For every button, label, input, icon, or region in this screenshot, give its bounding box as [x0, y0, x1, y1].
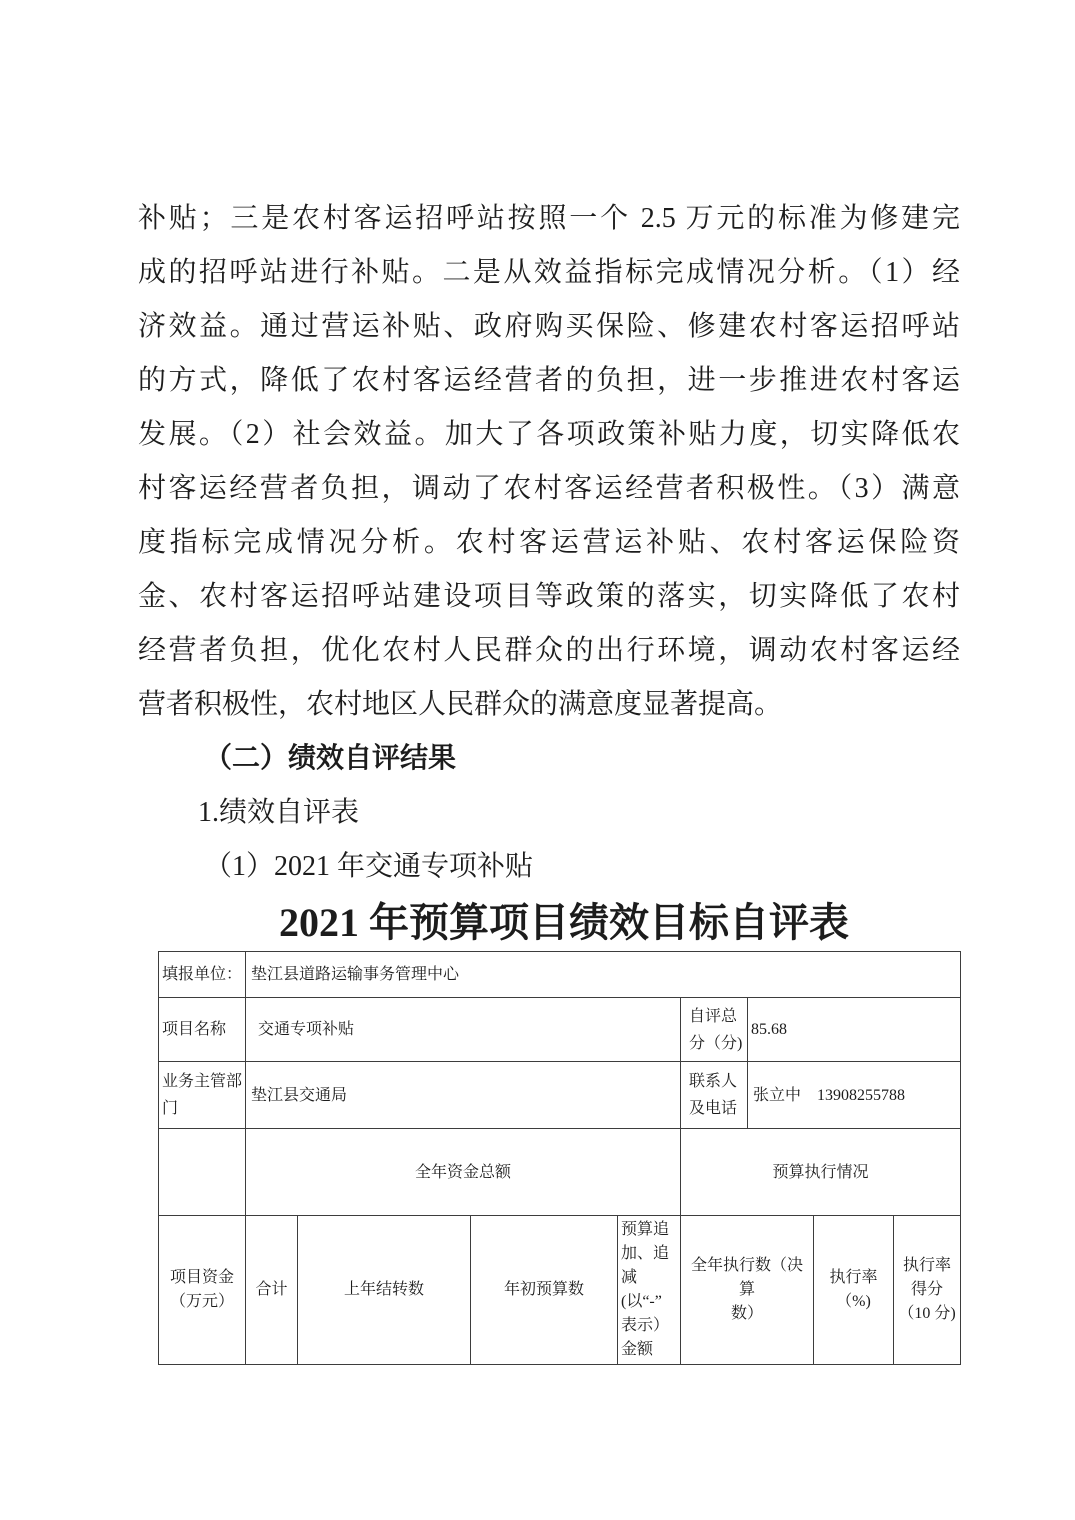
table-header-row: 项目资金 （万元） 合计 上年结转数 年初预算数 预算追 加、追 减(以“-” … [159, 1216, 961, 1365]
project-name-value: 交通专项补贴 [246, 998, 681, 1062]
contact-value: 张立中 13908255788 [748, 1062, 961, 1129]
paragraph-line: 经营者负担，优化农村人民群众的出行环境，调动农村客运经 [138, 624, 960, 678]
col-carryover: 上年结转数 [298, 1216, 471, 1365]
table-title: 2021 年预算项目绩效目标自评表 [138, 894, 960, 952]
dept-value: 垫江县交通局 [246, 1062, 681, 1129]
document-page: 补贴；三是农村客运招呼站按照一个 2.5 万元的标准为修建完 成的招呼站进行补贴… [0, 0, 1075, 1520]
paragraph-line: 金、农村客运招呼站建设项目等政策的落实，切实降低了农村 [138, 570, 960, 624]
col-execution-score: 执行率 得分 （10 分) [894, 1216, 961, 1365]
dept-label: 业务主管部 门 [159, 1062, 246, 1129]
section-heading: （二）绩效自评结果 [138, 732, 960, 786]
paragraph-line: 补贴；三是农村客运招呼站按照一个 2.5 万元的标准为修建完 [138, 192, 960, 246]
contact-label: 联系人 及电话 [681, 1062, 748, 1129]
item-heading: （1）2021 年交通专项补贴 [138, 840, 960, 894]
paragraph-line: 发展。（2）社会效益。加大了各项政策补贴力度，切实降低农 [138, 408, 960, 462]
report-unit-value: 垫江县道路运输事务管理中心 [246, 952, 961, 998]
budget-execution-header: 预算执行情况 [681, 1129, 961, 1216]
paragraph-line: 度指标完成情况分析。农村客运营运补贴、农村客运保险资 [138, 516, 960, 570]
table-row: 全年资金总额 预算执行情况 [159, 1129, 961, 1216]
report-unit-label: 填报单位： [159, 952, 246, 998]
col-total: 合计 [246, 1216, 298, 1365]
body-text: 补贴；三是农村客运招呼站按照一个 2.5 万元的标准为修建完 成的招呼站进行补贴… [138, 192, 960, 952]
table-row: 业务主管部 门 垫江县交通局 联系人 及电话 张立中 13908255788 [159, 1062, 961, 1129]
col-adjustment: 预算追 加、追 减(以“-” 表示） 金额 [618, 1216, 681, 1365]
paragraph-line: 营者积极性，农村地区人民群众的满意度显著提高。 [138, 678, 960, 732]
empty-cell [159, 1129, 246, 1216]
paragraph-line: 的方式，降低了农村客运经营者的负担，进一步推进农村客运 [138, 354, 960, 408]
col-project-funds: 项目资金 （万元） [159, 1216, 246, 1365]
project-name-label: 项目名称 [159, 998, 246, 1062]
self-score-value: 85.68 [748, 998, 961, 1062]
annual-funds-header: 全年资金总额 [246, 1129, 681, 1216]
col-execution-rate: 执行率 （%) [814, 1216, 894, 1365]
self-score-label: 自评总 分（分) [681, 998, 748, 1062]
body-paragraph: 补贴；三是农村客运招呼站按照一个 2.5 万元的标准为修建完 成的招呼站进行补贴… [138, 192, 960, 732]
table-row: 项目名称 交通专项补贴 自评总 分（分) 85.68 [159, 998, 961, 1062]
self-evaluation-table: 填报单位： 垫江县道路运输事务管理中心 项目名称 交通专项补贴 自评总 分（分)… [158, 951, 961, 1365]
paragraph-line: 成的招呼站进行补贴。二是从效益指标完成情况分析。（1）经 [138, 246, 960, 300]
table-row: 填报单位： 垫江县道路运输事务管理中心 [159, 952, 961, 998]
subsection-heading: 1.绩效自评表 [138, 786, 960, 840]
paragraph-line: 济效益。通过营运补贴、政府购买保险、修建农村客运招呼站 [138, 300, 960, 354]
paragraph-line: 村客运经营者负担，调动了农村客运经营者积极性。（3）满意 [138, 462, 960, 516]
col-annual-execution: 全年执行数（决算 数） [681, 1216, 814, 1365]
col-initial-budget: 年初预算数 [471, 1216, 618, 1365]
